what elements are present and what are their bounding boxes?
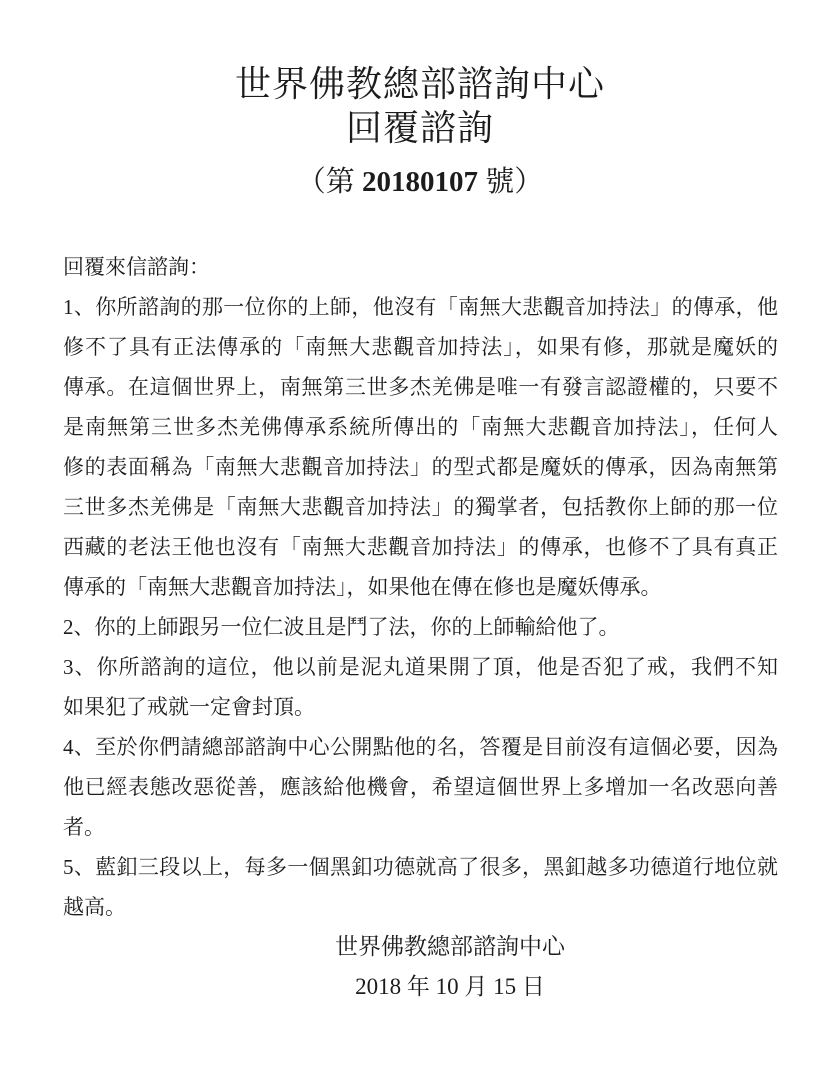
reference-prefix: （第	[297, 166, 362, 198]
body-line: 西藏的老法王他也沒有「南無大悲觀音加持法」的傳承，也修不了具有真正	[63, 527, 778, 567]
reference-number: 20180107	[362, 166, 478, 198]
signature-date: 2018 年 10 月 15 日	[300, 967, 600, 1007]
signature-org: 世界佛教總部諮詢中心	[300, 927, 600, 967]
body-line: 回覆來信諮詢：	[63, 247, 778, 287]
body-line: 傳承。在這個世界上，南無第三世多杰羌佛是唯一有發言認證權的，只要不	[63, 367, 778, 407]
body-line: 5、藍釦三段以上，每多一個黑釦功德就高了很多，黑釦越多功德道行地位就	[63, 847, 778, 887]
document-page: 世界佛教總部諮詢中心 回覆諮詢 （第 20180107 號） 回覆來信諮詢： 1…	[0, 0, 840, 1076]
body-line: 3、你所諮詢的這位，他以前是泥丸道果開了頂，他是否犯了戒，我們不知道，	[63, 647, 778, 687]
reference-suffix: 號）	[478, 166, 543, 198]
document-subtitle: 回覆諮詢	[0, 106, 840, 150]
document-title: 世界佛教總部諮詢中心	[0, 62, 840, 106]
body-line: 三世多杰羌佛是「南無大悲觀音加持法」的獨掌者，包括教你上師的那一位	[63, 487, 778, 527]
body-line: 傳承的「南無大悲觀音加持法」，如果他在傳在修也是魔妖傳承。	[63, 567, 778, 607]
body-line: 修不了具有正法傳承的「南無大悲觀音加持法」，如果有修，那就是魔妖的	[63, 327, 778, 367]
body-line: 1、你所諮詢的那一位你的上師，他沒有「南無大悲觀音加持法」的傳承，他	[63, 287, 778, 327]
reference-line: （第 20180107 號）	[0, 162, 840, 202]
signature-block: 世界佛教總部諮詢中心 2018 年 10 月 15 日	[300, 927, 600, 1007]
body-line: 4、至於你們請總部諮詢中心公開點他的名，答覆是目前沒有這個必要，因為	[63, 727, 778, 767]
body-line: 如果犯了戒就一定會封頂。	[63, 687, 778, 727]
document-body: 回覆來信諮詢： 1、你所諮詢的那一位你的上師，他沒有「南無大悲觀音加持法」的傳承…	[0, 247, 840, 927]
body-line: 越高。	[63, 887, 778, 927]
body-line: 是南無第三世多杰羌佛傳承系統所傳出的「南無大悲觀音加持法」，任何人	[63, 407, 778, 447]
body-line: 修的表面稱為「南無大悲觀音加持法」的型式都是魔妖的傳承，因為南無第	[63, 447, 778, 487]
body-line: 者。	[63, 807, 778, 847]
body-line: 2、你的上師跟另一位仁波且是鬥了法，你的上師輸給他了。	[63, 607, 778, 647]
document-header: 世界佛教總部諮詢中心 回覆諮詢	[0, 0, 840, 150]
body-line: 他已經表態改惡從善，應該給他機會，希望這個世界上多增加一名改惡向善	[63, 767, 778, 807]
